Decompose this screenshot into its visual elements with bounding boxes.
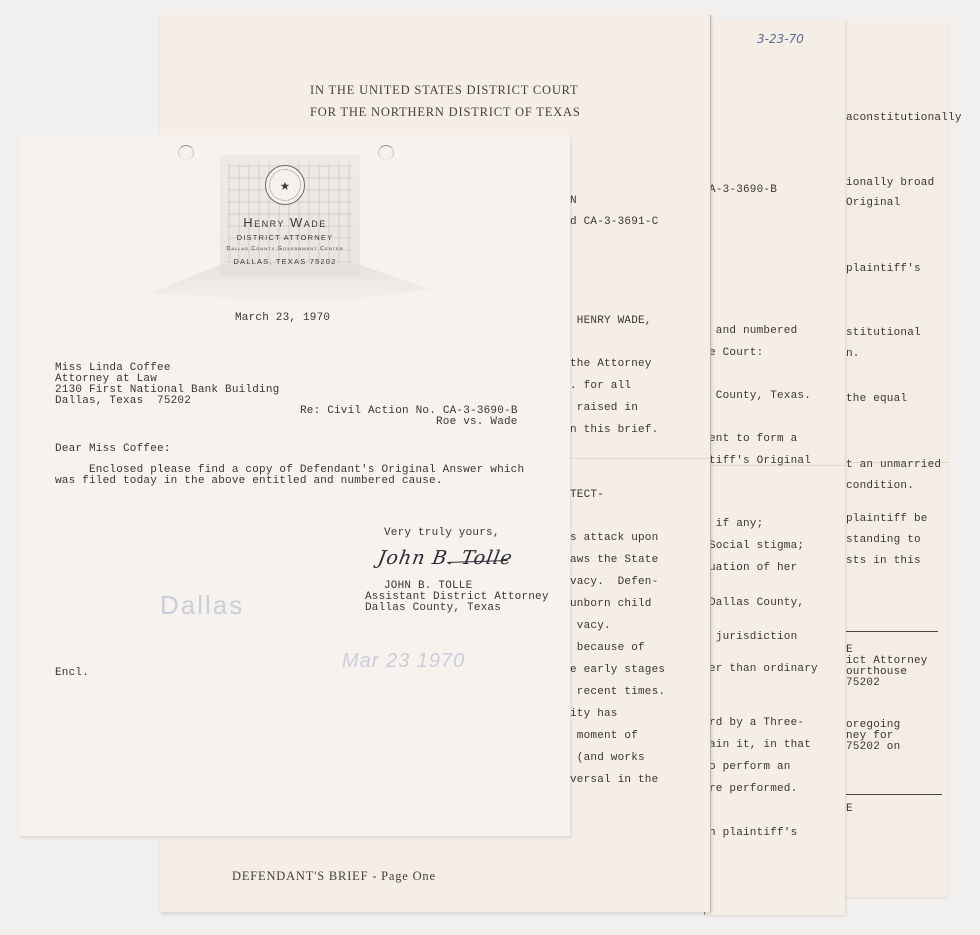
recipient-line: Dallas, Texas 75202 bbox=[55, 396, 191, 407]
text-line: standing to bbox=[846, 535, 921, 546]
text-line: recent times. bbox=[570, 687, 665, 698]
text-line: unborn child bbox=[570, 599, 652, 610]
text-line: stitutional bbox=[846, 328, 921, 339]
text-line: raised in bbox=[570, 403, 638, 414]
handwritten-date: 3-23-70 bbox=[757, 32, 804, 46]
text-line: re performed. bbox=[709, 784, 797, 795]
salutation: Dear Miss Coffee: bbox=[55, 444, 171, 455]
paper-fold bbox=[705, 465, 845, 466]
paper-fold bbox=[836, 462, 948, 463]
text-line: uation of her bbox=[709, 563, 797, 574]
letterhead-office: Dallas County Government Center bbox=[150, 246, 420, 252]
letterhead-title: DISTRICT ATTORNEY bbox=[150, 233, 420, 242]
text-line: the equal bbox=[846, 394, 907, 405]
signature-block-fragment: Eict Attorneyourthouse75202 bbox=[846, 645, 928, 689]
text-line: d CA-3-3691-C bbox=[570, 217, 658, 228]
cover-letter: ★ Henry Wade DISTRICT ATTORNEY Dallas Co… bbox=[20, 135, 570, 836]
text-line: . for all bbox=[570, 381, 631, 392]
letterhead-name: Henry Wade bbox=[150, 215, 420, 230]
text-line: aconstitutionally bbox=[846, 113, 962, 124]
body-line: was filed today in the above entitled an… bbox=[55, 476, 443, 487]
text-line: o perform an bbox=[709, 762, 791, 773]
text-line: rd by a Three- bbox=[709, 718, 804, 729]
text-line: e early stages bbox=[570, 665, 665, 676]
text-line: 75202 bbox=[846, 678, 928, 689]
text-line: HENRY WADE, bbox=[570, 316, 652, 327]
text-line: n. bbox=[846, 349, 860, 360]
text-line: moment of bbox=[570, 731, 638, 742]
text-line: the Attorney bbox=[570, 359, 652, 370]
text-line: versal in the bbox=[570, 775, 658, 786]
case-name: Roe vs. Wade bbox=[436, 417, 518, 428]
signature-rule bbox=[846, 631, 938, 632]
text-line: ain it, in that bbox=[709, 740, 811, 751]
text-line: plaintiff be bbox=[846, 514, 928, 525]
text-line: because of bbox=[570, 643, 645, 654]
text-line: vacy. bbox=[570, 621, 611, 632]
text-line: Original bbox=[846, 198, 900, 209]
text-line: n this brief. bbox=[570, 425, 658, 436]
closing: Very truly yours, bbox=[384, 528, 500, 539]
letterhead-city: DALLAS, TEXAS 75202 bbox=[150, 257, 420, 266]
text-line: ionally broad bbox=[846, 178, 934, 189]
text-line: (and works bbox=[570, 753, 645, 764]
text-line: h plaintiff's bbox=[709, 828, 797, 839]
court-caption-line-1: IN THE UNITED STATES DISTRICT COURT bbox=[310, 85, 579, 96]
text-line: County, Texas. bbox=[709, 391, 811, 402]
text-line: Dallas County, bbox=[709, 598, 804, 609]
text-line: jurisdiction bbox=[709, 632, 797, 643]
received-stamp-city: Dallas bbox=[160, 590, 244, 621]
text-line: sts in this bbox=[846, 556, 921, 567]
signer-county: Dallas County, Texas bbox=[365, 603, 501, 614]
brief-footer: DEFENDANT'S BRIEF - Page One bbox=[232, 871, 436, 882]
brief-page-3: aconstitutionallyionally broadOriginalpl… bbox=[836, 22, 948, 897]
certificate-signer-fragment: E bbox=[846, 804, 853, 815]
text-line: e Court: bbox=[709, 348, 763, 359]
text-line: s attack upon bbox=[570, 533, 658, 544]
text-line: ity has bbox=[570, 709, 618, 720]
brief-page-2: 3-23-70 A-3-3690-B and numberede Court: … bbox=[704, 20, 845, 915]
text-line: A-3-3690-B bbox=[709, 185, 777, 196]
certificate-of-service-fragment: oregoingney for75202 on bbox=[846, 720, 900, 753]
text-line: ent to form a bbox=[709, 434, 797, 445]
court-caption-line-2: FOR THE NORTHERN DISTRICT OF TEXAS bbox=[310, 107, 581, 118]
text-line: if any; bbox=[709, 519, 763, 530]
text-line: er than ordinary bbox=[709, 664, 818, 675]
text-line: plaintiff's bbox=[846, 264, 921, 275]
enclosure-note: Encl. bbox=[55, 668, 89, 679]
county-seal-icon: ★ bbox=[265, 165, 305, 205]
received-stamp-date: Mar 23 1970 bbox=[342, 650, 465, 673]
text-line: vacy. Defen- bbox=[570, 577, 658, 588]
text-line: 75202 on bbox=[846, 742, 900, 753]
text-line: condition. bbox=[846, 481, 914, 492]
text-line: Social stigma; bbox=[709, 541, 804, 552]
letter-date: March 23, 1970 bbox=[235, 313, 330, 324]
handwritten-signature: John B. Tolle bbox=[376, 547, 515, 569]
text-line: TECT- bbox=[570, 490, 604, 501]
letterhead: ★ Henry Wade DISTRICT ATTORNEY Dallas Co… bbox=[150, 155, 450, 305]
text-line: and numbered bbox=[709, 326, 797, 337]
text-line: N bbox=[570, 196, 577, 207]
certificate-rule bbox=[846, 794, 942, 795]
text-line: aws the State bbox=[570, 555, 658, 566]
